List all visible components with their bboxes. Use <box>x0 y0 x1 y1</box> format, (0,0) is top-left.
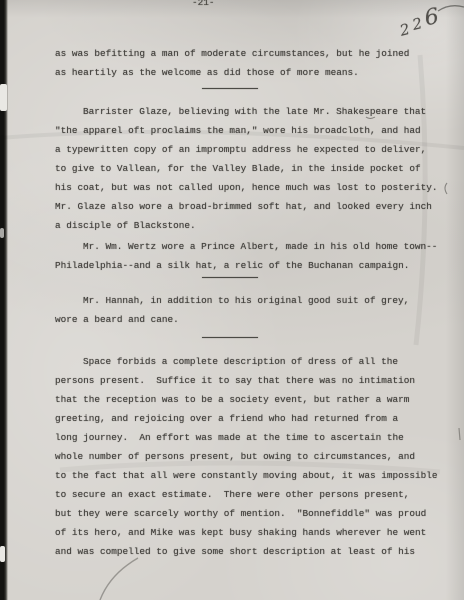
text-line: whole number of persons present, but owi… <box>55 447 450 466</box>
text-line: long journey. An effort was made at the … <box>55 428 450 447</box>
text-line: and was compelled to give some short des… <box>55 542 450 561</box>
text-line: Space forbids a complete description of … <box>55 352 450 371</box>
text-line: Mr. Wm. Wertz wore a Prince Albert, made… <box>55 237 450 256</box>
text-line: as was befitting a man of moderate circu… <box>55 44 450 63</box>
text-line: of its hero, and Mike was kept busy shak… <box>55 523 450 542</box>
torn-edge-notch <box>0 546 5 562</box>
scanned-page: -21- 226 as was befitting a man of moder… <box>0 0 464 600</box>
text-line: greeting, and rejoicing over a friend wh… <box>55 409 450 428</box>
text-line: to give to Vallean, for the Valley Blade… <box>55 159 450 178</box>
text-line: to secure an exact estimate. There were … <box>55 485 450 504</box>
paragraph: as was befitting a man of moderate circu… <box>55 44 450 82</box>
torn-edge-notch <box>0 84 7 111</box>
text-line: Barrister Glaze, believing with the late… <box>55 102 450 121</box>
text-line: but they were scarcely worthy of mention… <box>55 504 450 523</box>
paragraph: Barrister Glaze, believing with the late… <box>55 102 450 235</box>
paragraph: Space forbids a complete description of … <box>55 352 450 561</box>
text-line: his coat, but was not called upon, hence… <box>55 178 450 197</box>
text-line: "the apparel oft proclaims the man," wor… <box>55 121 450 140</box>
text-line: wore a beard and cane. <box>55 310 450 329</box>
section-divider <box>202 337 258 338</box>
text-line: a typewritten copy of an impromptu addre… <box>55 140 450 159</box>
typed-text: as was befitting a man of moderate circu… <box>55 0 450 561</box>
text-line: to the fact that all were constantly mov… <box>55 466 450 485</box>
text-line: as heartily as the welcome as did those … <box>55 63 450 82</box>
text-line: persons present. Suffice it to say that … <box>55 371 450 390</box>
section-divider <box>202 88 258 89</box>
text-line: Mr. Glaze also wore a broad-brimmed soft… <box>55 197 450 216</box>
text-line: that the reception was to be a society e… <box>55 390 450 409</box>
paragraph: Mr. Wm. Wertz wore a Prince Albert, made… <box>55 237 450 275</box>
section-divider <box>202 277 258 278</box>
text-line: Philadelphia--and a silk hat, a relic of… <box>55 256 450 275</box>
text-line: Mr. Hannah, in addition to his original … <box>55 291 450 310</box>
torn-edge-notch <box>0 228 4 238</box>
text-line: a disciple of Blackstone. <box>55 216 450 235</box>
paragraph: Mr. Hannah, in addition to his original … <box>55 291 450 329</box>
